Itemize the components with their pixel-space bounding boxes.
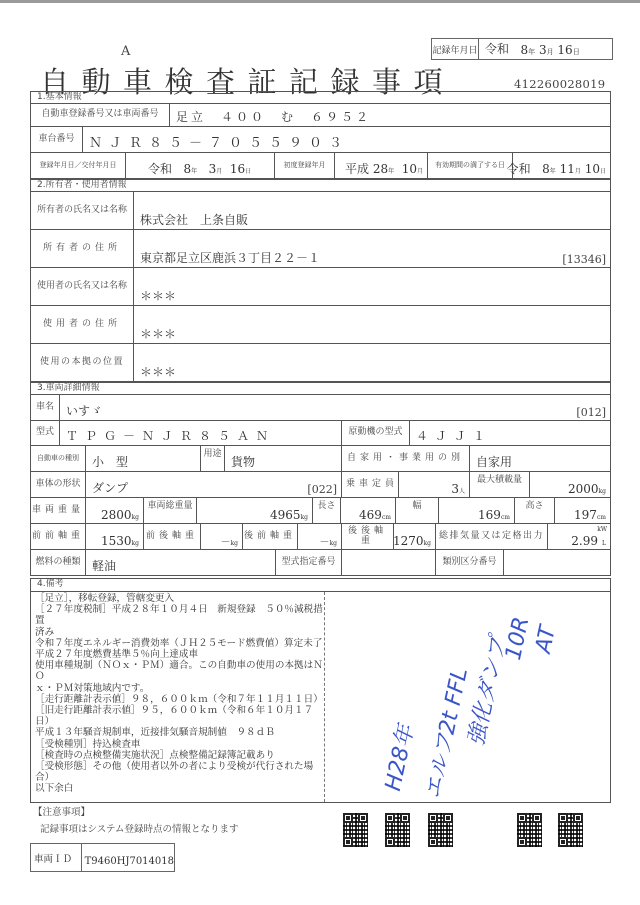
owner-address-row: 所有者の住所 東京都足立区鹿浜３丁目２２－１ [13346] bbox=[30, 230, 611, 268]
usage-label: 用途 bbox=[201, 446, 225, 471]
remarks-line: 平成２７年度燃費基準５％向上達成車 bbox=[35, 649, 325, 660]
rf-axle-value: －kg bbox=[298, 524, 342, 549]
section-remarks-heading: 4.備考 bbox=[30, 578, 611, 591]
document-number: 412260028019 bbox=[514, 77, 605, 91]
reg-date-label: 登録年月日／交付年月日 bbox=[31, 153, 126, 178]
capacity-value: 3人 bbox=[399, 472, 470, 497]
vehicle-id-label: 車両ＩＤ bbox=[31, 844, 82, 871]
section-vehicle-details-heading: 3.車両詳細情報 bbox=[30, 382, 611, 394]
body-label: 車体の形状 bbox=[31, 472, 86, 497]
first-reg-value: 平成 28年 10月 bbox=[335, 153, 428, 178]
remarks-line: 使用車種規制（ＮＯｘ・ＰＭ）適合。この自動車の使用の本拠はＮＯ bbox=[35, 660, 325, 682]
scan-edge bbox=[0, 0, 640, 3]
fuel-label: 燃料の種類 bbox=[31, 550, 86, 575]
remarks-line: ［走行距離計表示値］９８，６００ｋｍ（令和７年１１月１１日） bbox=[35, 694, 325, 705]
capacity-label: 乗車定員 bbox=[342, 472, 399, 497]
user-address-row: 使用者の住所 ＊＊＊ bbox=[30, 306, 611, 344]
owner-name-value: 株式会社 上条自販 bbox=[134, 192, 610, 229]
remarks-line: ［受検形態］その他（使用者以外の者により受検が代行された場合） bbox=[35, 761, 325, 783]
make-value: いすゞ [012] bbox=[60, 395, 610, 420]
chassis-row: 車台番号 ＮＪＲ８５－７０５５９０３ bbox=[30, 127, 611, 153]
qr-code-icon bbox=[517, 813, 542, 847]
fuel-value: 軽油 bbox=[86, 550, 276, 575]
section-owner-info-heading: 2.所有者・使用者情報 bbox=[30, 179, 611, 191]
remarks-line: 以下余白 bbox=[35, 783, 325, 794]
weight-label: 車両重量 bbox=[31, 498, 86, 523]
make-row: 車名 いすゞ [012] bbox=[30, 394, 611, 421]
type-designation-label: 型式指定番号 bbox=[276, 550, 342, 575]
remarks-line: ｘ・ＰＭ対策地域内です。 bbox=[35, 683, 325, 694]
vehicle-id-value: T9460HJ7014018 bbox=[82, 844, 174, 871]
engine-label: 原動機の型式 bbox=[342, 421, 410, 445]
user-name-row: 使用者の氏名又は名称 ＊＊＊ bbox=[30, 268, 611, 306]
fr-axle-label: 前後軸重 bbox=[144, 524, 201, 549]
base-location-value: ＊＊＊ bbox=[134, 344, 610, 381]
user-address-label: 使用者の住所 bbox=[31, 306, 134, 343]
make-code: [012] bbox=[576, 406, 606, 419]
remarks-line: 平成１３年騒音規制車，近接排気騒音規制値 ９８ｄＢ bbox=[35, 727, 325, 738]
gross-weight-label: 車両総重量 bbox=[144, 498, 197, 523]
chassis-label: 車台番号 bbox=[31, 127, 83, 152]
width-value: 169cm bbox=[439, 498, 515, 523]
qr-code-icon bbox=[385, 813, 410, 847]
make-label: 車名 bbox=[31, 395, 60, 420]
owner-address-code: [13346] bbox=[562, 253, 606, 266]
remarks-line: 済み bbox=[35, 627, 325, 638]
category-row: 自動車の種別 小 型 用途 貨物 自家用・事業用の別 自家用 bbox=[30, 446, 611, 472]
notice-text: 記録事項はシステム登録時点の情報となります bbox=[40, 821, 239, 835]
reg-number-row: 自動車登録番号又は車両番号 足立 ４００ む ６９５２ bbox=[30, 103, 611, 127]
record-date-value: 令和 8年 3月 16日 bbox=[479, 39, 612, 59]
dates-row: 登録年月日／交付年月日 令和 8年 3月 16日 初度登録年月 平成 28年 1… bbox=[30, 153, 611, 179]
private-business-label: 自家用・事業用の別 bbox=[342, 446, 470, 471]
weight-value: 2800kg bbox=[86, 498, 144, 523]
length-value: 469cm bbox=[341, 498, 396, 523]
owner-name-label: 所有者の氏名又は名称 bbox=[31, 192, 134, 229]
remarks-line: ［検査時の点検整備実施状況］点検整備記録簿記載あり bbox=[35, 750, 325, 761]
ff-axle-value: 1530kg bbox=[86, 524, 144, 549]
fr-axle-value: －kg bbox=[201, 524, 243, 549]
record-date-box: 記録年月日 令和 8年 3月 16日 bbox=[431, 38, 613, 60]
height-value: 197cm bbox=[555, 498, 610, 523]
vehicle-id-box: 車両ＩＤ T9460HJ7014018 bbox=[30, 843, 175, 872]
owner-name-row: 所有者の氏名又は名称 株式会社 上条自販 bbox=[30, 191, 611, 230]
form-mark: A bbox=[121, 44, 130, 59]
height-label: 高さ bbox=[515, 498, 555, 523]
remarks-line: ［２７年度税制］平成２８年１０月４日 新規登録 ５０％減税措置 bbox=[35, 604, 325, 626]
base-location-row: 使用の本拠の位置 ＊＊＊ bbox=[30, 344, 611, 382]
engine-value: ４ＪＪ１ bbox=[410, 421, 610, 445]
remarks-line: ［旧走行距離計表示値］９５，６００ｋｍ（令和６年１０月１７日） bbox=[35, 705, 325, 727]
notice-heading: 【注意事項】 bbox=[33, 804, 90, 818]
max-load-label: 最大積載量 bbox=[470, 472, 530, 497]
section-basic-info-heading: 1.基本情報 bbox=[30, 91, 611, 103]
base-location-label: 使用の本拠の位置 bbox=[31, 344, 134, 381]
displacement-label: 総排気量又は定格出力 bbox=[436, 524, 548, 549]
record-date-label: 記録年月日 bbox=[432, 39, 479, 59]
usage-value: 貨物 bbox=[225, 446, 342, 471]
axle-row: 前前軸重 1530kg 前後軸重 －kg 後前軸重 －kg 後後軸重 1270k… bbox=[30, 524, 611, 550]
max-load-value: 2000kg bbox=[530, 472, 610, 497]
rr-axle-label: 後後軸重 bbox=[342, 524, 394, 549]
fuel-row: 燃料の種類 軽油 型式指定番号 類別区分番号 bbox=[30, 550, 611, 576]
reg-date-value: 令和 8年 3月 16日 bbox=[126, 153, 275, 178]
reg-number-label: 自動車登録番号又は車両番号 bbox=[31, 104, 170, 126]
dimensions-row: 車両重量 2800kg 車両総重量 4965kg 長さ 469cm 幅 169c… bbox=[30, 498, 611, 524]
owner-address-label: 所有者の住所 bbox=[31, 230, 134, 267]
expiry-label: 有効期間の満了する日 bbox=[428, 153, 513, 178]
body-code: [022] bbox=[307, 483, 337, 496]
private-business-value: 自家用 bbox=[470, 446, 610, 471]
body-value: ダンプ [022] bbox=[86, 472, 342, 497]
model-row: 型式 ＴＰＧ－ＮＪＲ８５ＡＮ 原動機の型式 ４ＪＪ１ bbox=[30, 421, 611, 446]
qr-code-icon bbox=[558, 813, 583, 847]
handwritten-note-tires: 10R bbox=[501, 615, 534, 663]
rr-axle-value: 1270kg bbox=[394, 524, 436, 549]
body-row: 車体の形状 ダンプ [022] 乗車定員 3人 最大積載量 2000kg bbox=[30, 472, 611, 498]
category-label: 自動車の種別 bbox=[31, 446, 86, 471]
rf-axle-label: 後前軸重 bbox=[243, 524, 298, 549]
remarks-line: 令和７年度エネルギー消費効率（ＪＨ２５モード燃費値）算定未了 bbox=[35, 638, 325, 649]
class-number-label: 類別区分番号 bbox=[436, 550, 504, 575]
user-name-label: 使用者の氏名又は名称 bbox=[31, 268, 134, 305]
handwritten-note-transmission: AT bbox=[531, 624, 561, 656]
model-label: 型式 bbox=[31, 421, 60, 445]
remarks-box: ［足立］，移転登録，管轄変更入［２７年度税制］平成２８年１０月４日 新規登録 ５… bbox=[30, 591, 611, 803]
length-label: 長さ bbox=[313, 498, 341, 523]
class-number-value bbox=[504, 550, 610, 575]
category-value: 小 型 bbox=[86, 446, 201, 471]
user-address-value: ＊＊＊ bbox=[134, 306, 610, 343]
remarks-line: ［足立］，移転登録，管轄変更入 bbox=[35, 593, 325, 604]
displacement-value: 2.99 kW L bbox=[548, 524, 610, 549]
user-name-value: ＊＊＊ bbox=[134, 268, 610, 305]
remarks-divider bbox=[324, 592, 325, 802]
expiry-value: 令和 8年 11月 10日 bbox=[513, 153, 610, 178]
qr-code-icon bbox=[428, 813, 453, 847]
handwritten-note-year: H28年 bbox=[376, 722, 420, 794]
reg-number-value: 足立 ４００ む ６９５２ bbox=[170, 104, 610, 126]
chassis-value: ＮＪＲ８５－７０５５９０３ bbox=[83, 127, 610, 152]
remarks-text: ［足立］，移転登録，管轄変更入［２７年度税制］平成２８年１０月４日 新規登録 ５… bbox=[35, 593, 325, 795]
owner-address-value: 東京都足立区鹿浜３丁目２２－１ [13346] bbox=[134, 230, 610, 267]
gross-weight-value: 4965kg bbox=[197, 498, 313, 523]
ff-axle-label: 前前軸重 bbox=[31, 524, 86, 549]
type-designation-value bbox=[342, 550, 436, 575]
qr-code-icon bbox=[343, 813, 368, 847]
first-reg-label: 初度登録年月 bbox=[275, 153, 335, 178]
model-value: ＴＰＧ－ＮＪＲ８５ＡＮ bbox=[60, 421, 342, 445]
remarks-line: ［受検種別］持込検査車 bbox=[35, 739, 325, 750]
width-label: 幅 bbox=[396, 498, 439, 523]
